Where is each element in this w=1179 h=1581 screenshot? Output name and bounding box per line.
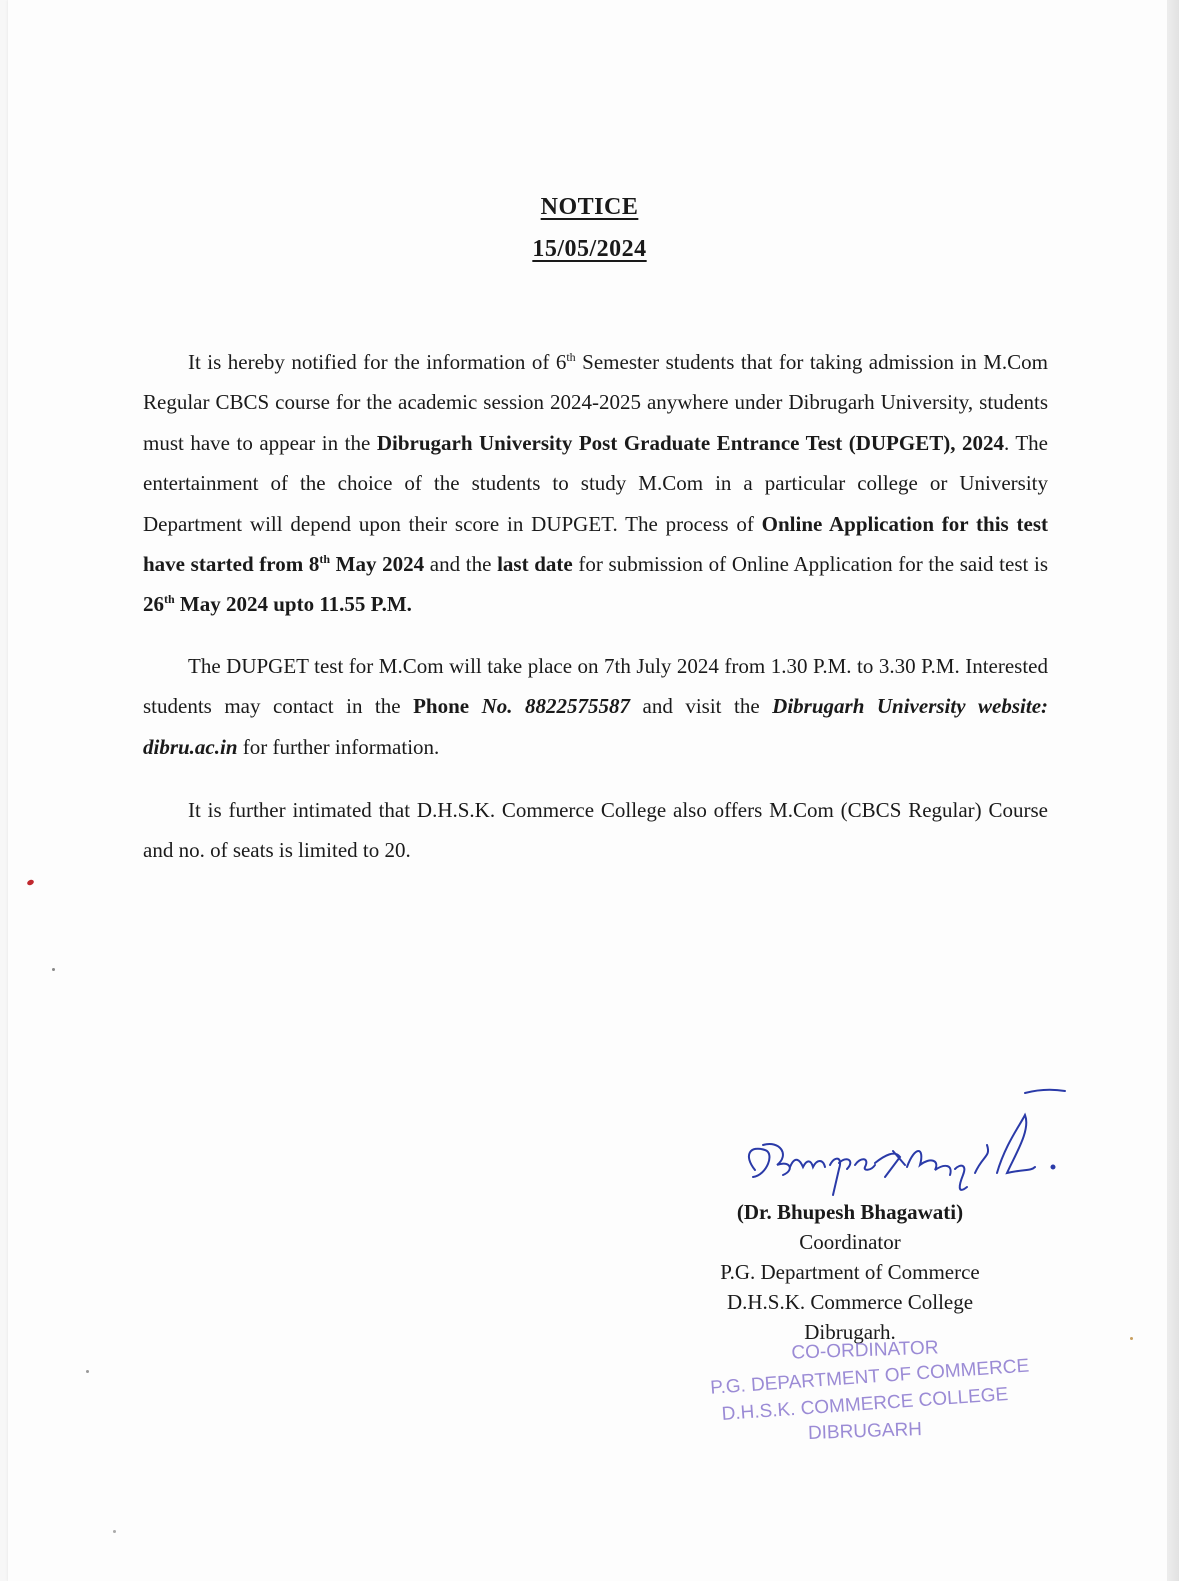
paragraph-admission-info: It is hereby notified for the informatio…	[143, 342, 1048, 625]
last-date: 26	[143, 592, 164, 616]
paragraph-seat-info: It is further intimated that D.H.S.K. Co…	[143, 790, 1048, 871]
ink-speck	[86, 1370, 89, 1373]
notice-date: 15/05/2024	[0, 236, 1179, 263]
signatory-name: (Dr. Bhupesh Bhagawati)	[700, 1197, 1000, 1227]
ink-speck	[1130, 1337, 1133, 1340]
notice-title: NOTICE	[0, 194, 1179, 221]
signatory-department: P.G. Department of Commerce	[700, 1257, 1000, 1287]
signatory-designation: Coordinator	[700, 1227, 1000, 1257]
signatory-block: (Dr. Bhupesh Bhagawati) Coordinator P.G.…	[700, 1197, 1000, 1347]
official-stamp: CO-ORDINATOR P.G. DEPARTMENT OF COMMERCE…	[710, 1340, 1020, 1450]
dupget-name: Dibrugarh University Post Graduate Entra…	[377, 431, 1004, 455]
paragraph-test-date-contact: The DUPGET test for M.Com will take plac…	[143, 646, 1048, 767]
ink-speck	[113, 1530, 116, 1533]
signatory-college: D.H.S.K. Commerce College	[700, 1287, 1000, 1317]
phone-number: No. 8822575587	[482, 694, 630, 718]
ink-speck	[52, 968, 55, 971]
handwritten-signature	[735, 1085, 1075, 1205]
